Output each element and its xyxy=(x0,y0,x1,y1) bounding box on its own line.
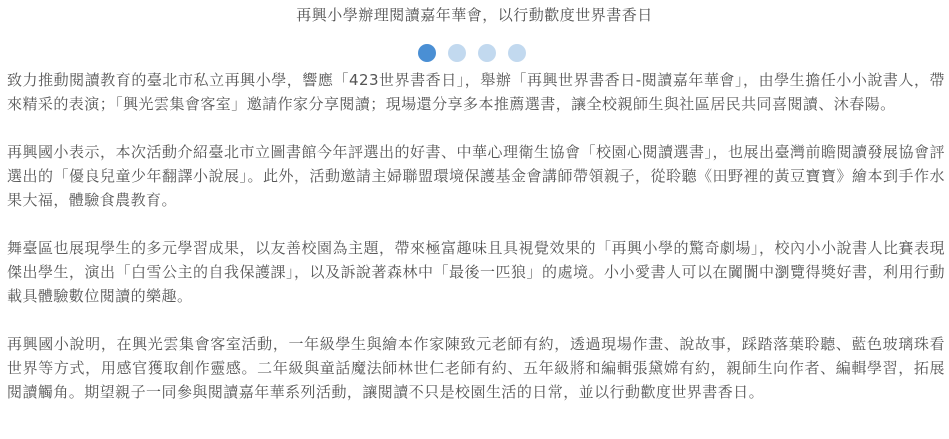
carousel-dot-1[interactable] xyxy=(418,44,436,62)
carousel-dot-4[interactable] xyxy=(508,44,526,62)
paragraph-3: 舞臺區也展現學生的多元學習成果，以友善校園為主題，帶來極富趣味且具視覺效果的「再… xyxy=(7,236,945,308)
carousel-dot-3[interactable] xyxy=(478,44,496,62)
article-body: 致力推動閱讀教育的臺北市私立再興小學，響應「423世界書香日」，舉辦「再興世界書… xyxy=(7,68,945,428)
image-caption: 再興小學辦理閱讀嘉年華會，以行動歡度世界書香日 xyxy=(0,5,949,25)
paragraph-1: 致力推動閱讀教育的臺北市私立再興小學，響應「423世界書香日」，舉辦「再興世界書… xyxy=(7,68,945,116)
article: 再興小學辦理閱讀嘉年華會，以行動歡度世界書香日 致力推動閱讀教育的臺北市私立再興… xyxy=(0,0,949,439)
paragraph-4: 再興國小說明，在興光雲集會客室活動，一年級學生與繪本作家陳致元老師有約，透過現場… xyxy=(7,332,945,404)
carousel-pagination xyxy=(418,44,526,62)
carousel-dot-2[interactable] xyxy=(448,44,466,62)
paragraph-2: 再興國小表示，本次活動介紹臺北市立圖書館今年評選出的好書、中華心理衛生協會「校園… xyxy=(7,140,945,212)
